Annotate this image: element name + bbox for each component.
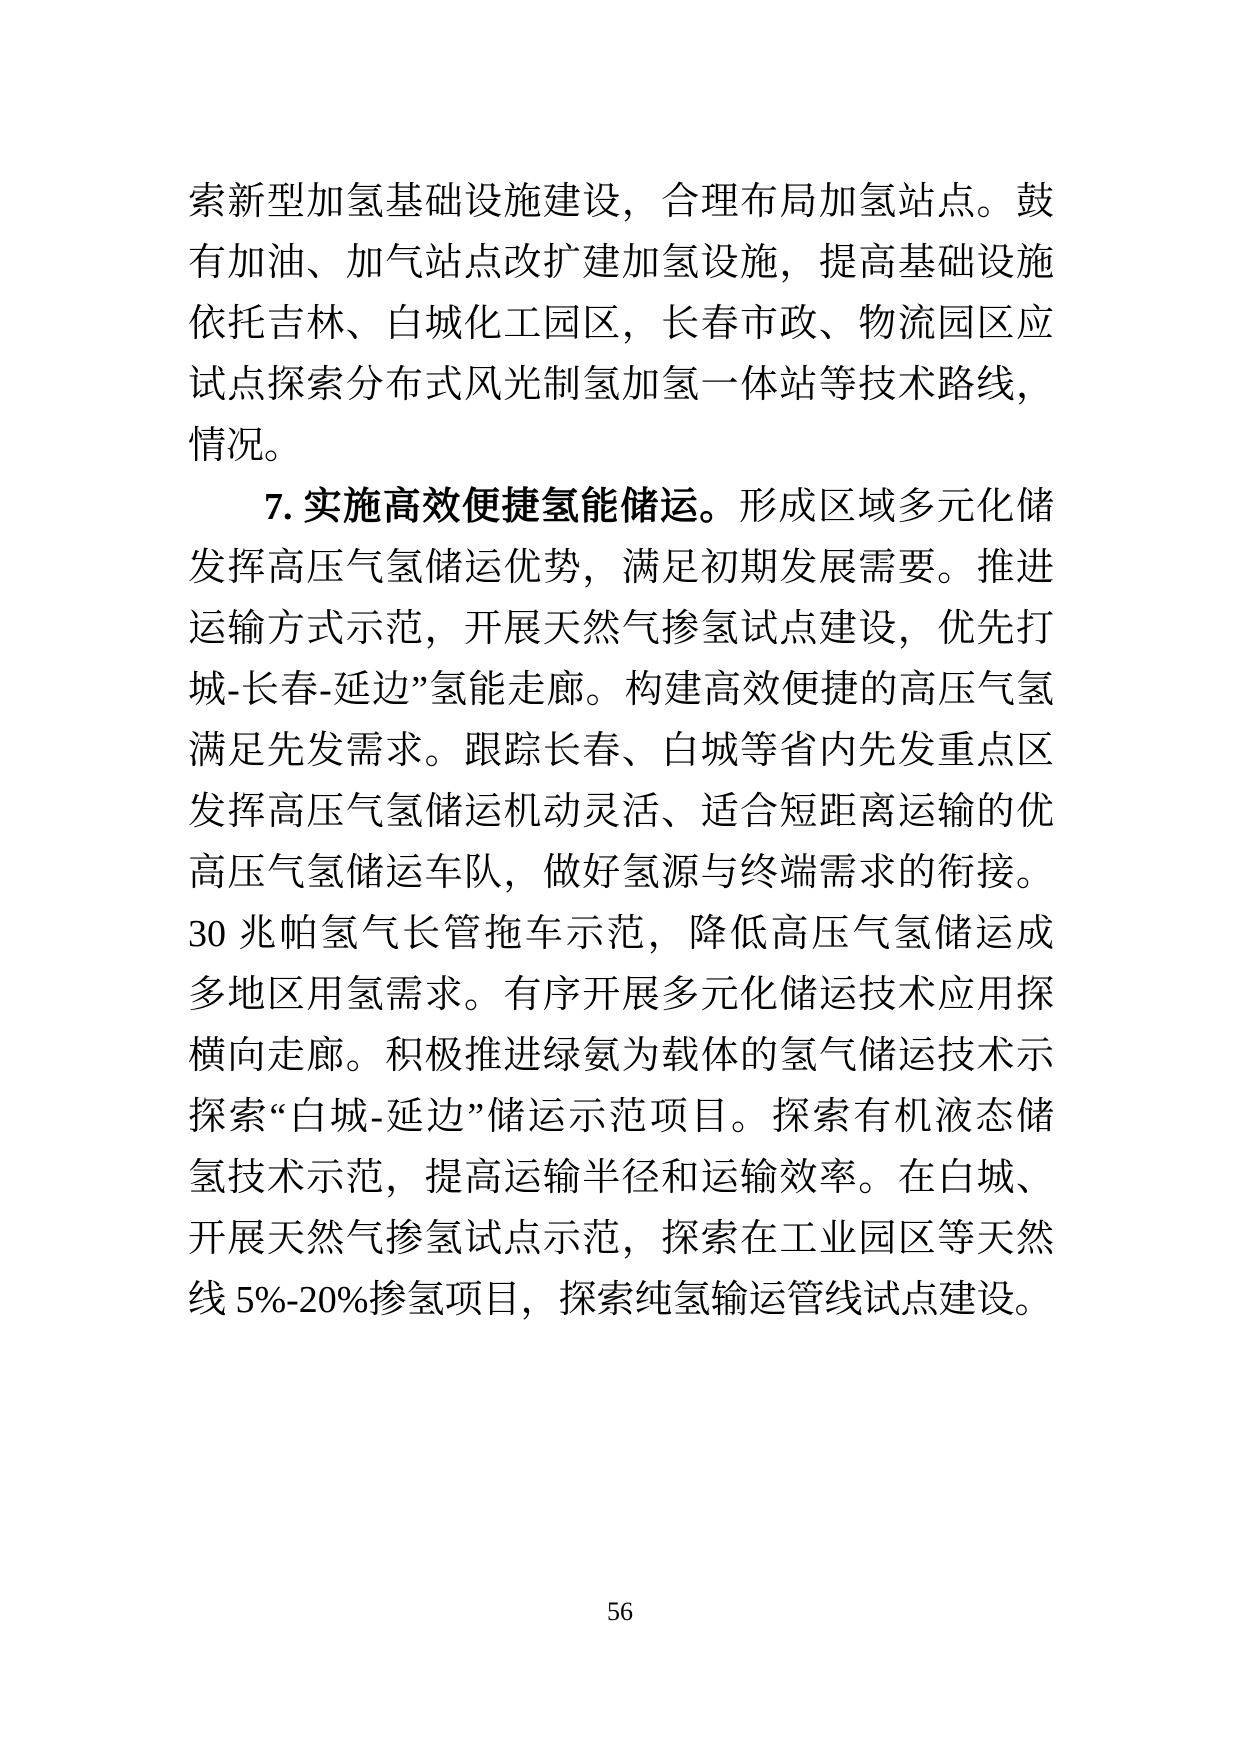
text-line: 试点探索分布式风光制氢加氢一体站等技术路线，总结运营 bbox=[188, 355, 1054, 416]
page-footer: 56 bbox=[0, 1596, 1240, 1628]
text-line: 发挥高压气氢储运优势，满足初期发展需要。推进多种氢气 bbox=[188, 538, 1054, 599]
text-line: 线 5%-20%掺氢项目，探索纯氢输运管线试点建设。 bbox=[188, 1270, 1054, 1331]
text-line: 多地区用氢需求。有序开展多元化储运技术应用探索，打通 bbox=[188, 965, 1054, 1026]
section-heading: 7. 实施高效便捷氢能储运。 bbox=[264, 486, 739, 528]
text-line: 7. 实施高效便捷氢能储运。形成区域多元化储运格局。 bbox=[188, 477, 1054, 538]
text-line: 满足先发需求。跟踪长春、白城等省内先发重点区域发展， bbox=[188, 721, 1054, 782]
text-line: 开展天然气掺氢试点示范，探索在工业园区等天然气管网支 bbox=[188, 1209, 1054, 1270]
text-line: 城-长春-延边”氢能走廊。构建高效便捷的高压气氢储运体系， bbox=[188, 660, 1054, 721]
text-line: 高压气氢储运车队，做好氢源与终端需求的衔接。逐步推进 bbox=[188, 843, 1054, 904]
text-line: 氢技术示范，提高运输半径和运输效率。在白城、松原率先 bbox=[188, 1148, 1054, 1209]
text-block: 索新型加氢基础设施建设，合理布局加氢站点。鼓励利用现有加油、加气站点改扩建加氢设… bbox=[188, 172, 1054, 1331]
text-line: 有加油、加气站点改扩建加氢设施，提高基础设施共享水平。 bbox=[188, 233, 1054, 294]
page-number: 56 bbox=[607, 1597, 633, 1626]
text-line: 运输方式示范，开展天然气掺氢试点建设，优先打通横向“白 bbox=[188, 599, 1054, 660]
text-line: 情况。 bbox=[188, 416, 1054, 477]
text-line: 发挥高压气氢储运机动灵活、适合短距离运输的优势，扩大 bbox=[188, 782, 1054, 843]
document-page: 索新型加氢基础设施建设，合理布局加氢站点。鼓励利用现有加油、加气站点改扩建加氢设… bbox=[0, 0, 1240, 1754]
text-line: 索新型加氢基础设施建设，合理布局加氢站点。鼓励利用现 bbox=[188, 172, 1054, 233]
text-line: 探索“白城-延边”储运示范项目。探索有机液态储氢、低温液 bbox=[188, 1087, 1054, 1148]
text-line: 30 兆帕氢气长管拖车示范，降低高压气氢储运成本，满足更 bbox=[188, 904, 1054, 965]
text-line: 依托吉林、白城化工园区，长春市政、物流园区应用场景， bbox=[188, 294, 1054, 355]
text-line: 横向走廊。积极推进绿氨为载体的氢气储运技术示范运行， bbox=[188, 1026, 1054, 1087]
